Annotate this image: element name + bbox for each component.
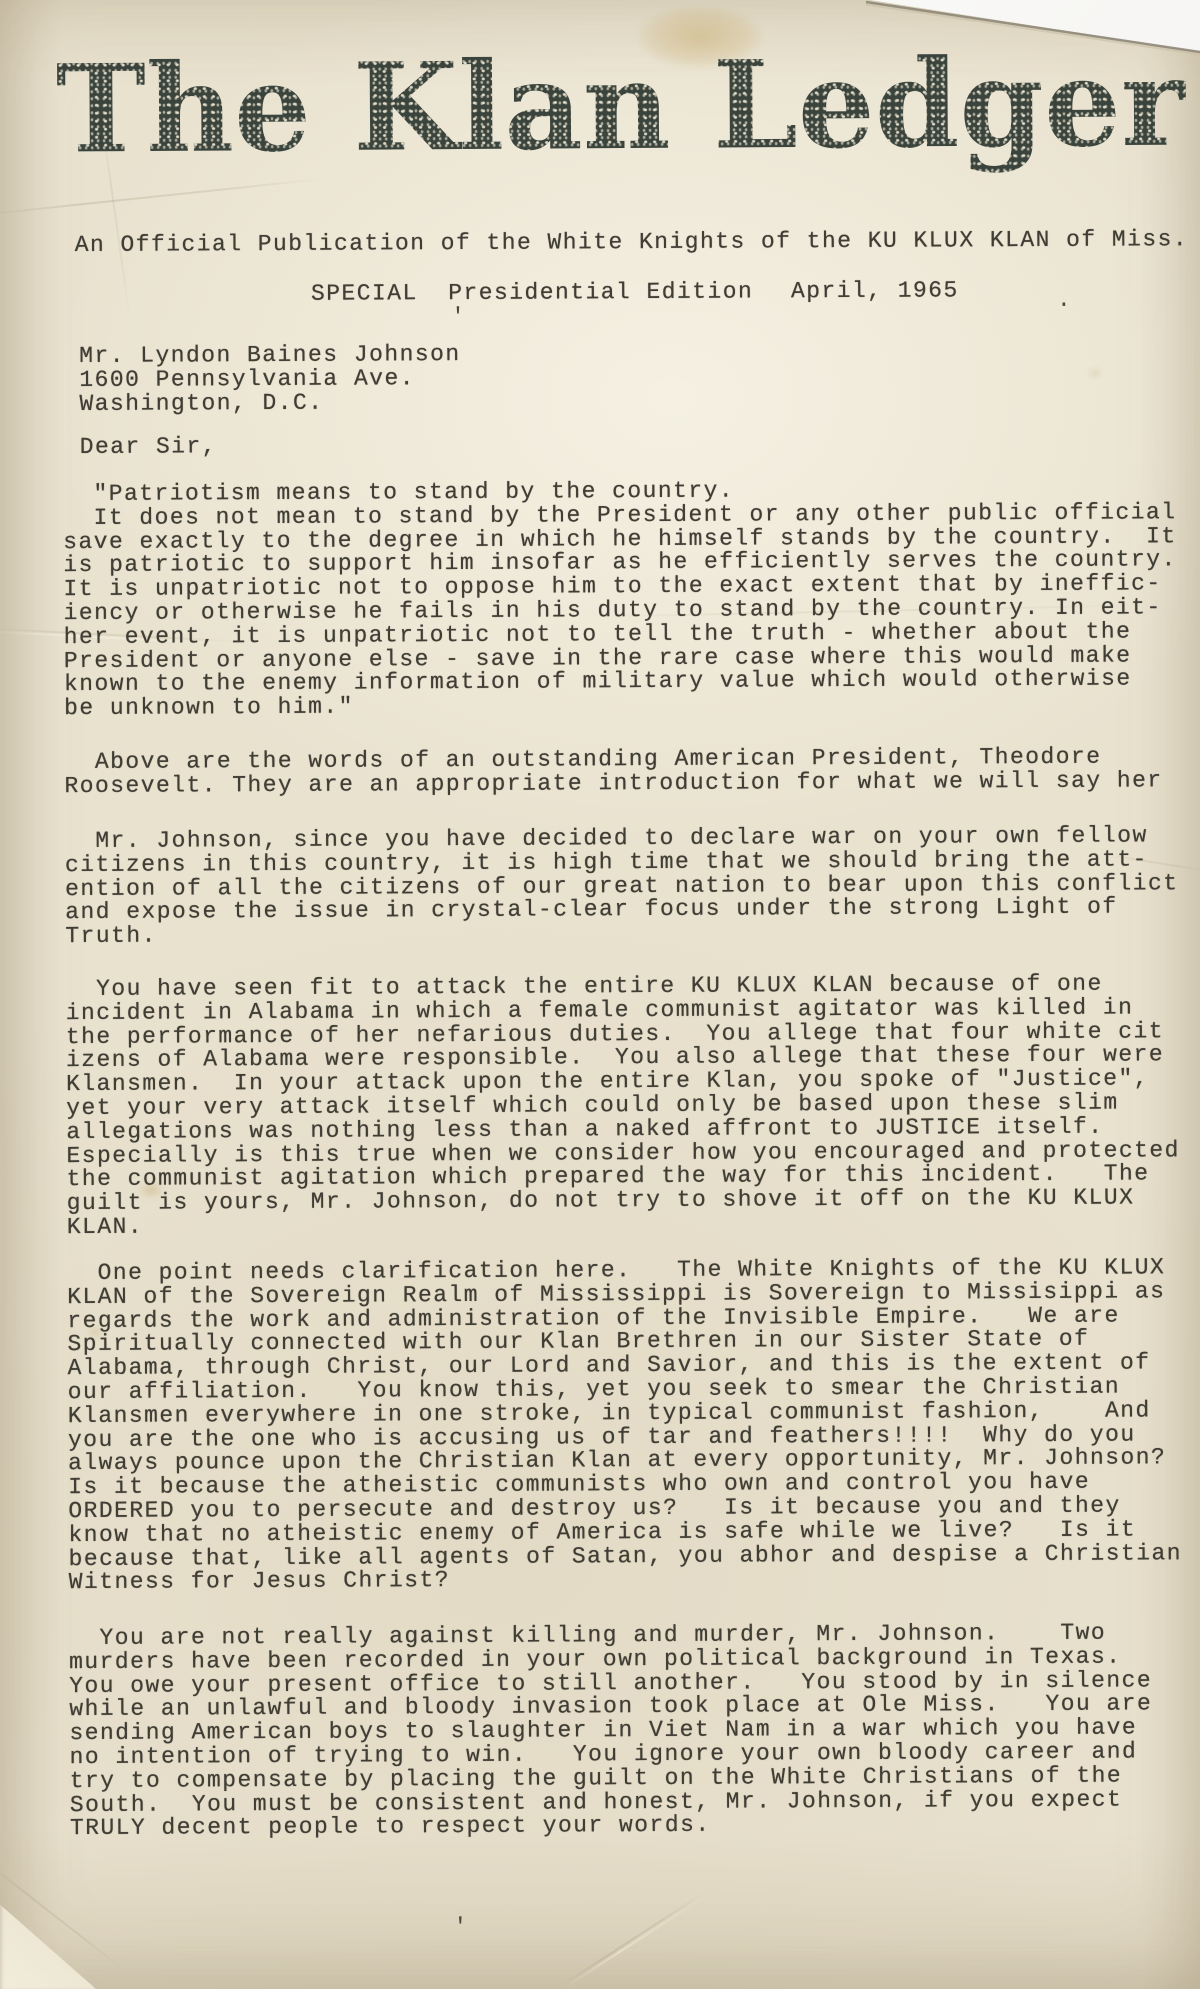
klan-ledger-scan: The Klan Ledger An Official Publication … bbox=[0, 0, 1200, 1989]
publication-subtitle: An Official Publication of the White Kni… bbox=[75, 228, 1189, 258]
address-line: 1600 Pennsylvania Ave. bbox=[79, 367, 460, 393]
stray-mark: ' bbox=[453, 1914, 467, 1940]
edition-date: April, 1965 bbox=[791, 279, 959, 304]
body-paragraph-quote: "Patriotism means to stand by the countr… bbox=[63, 477, 1178, 721]
address-line: Washington, D.C. bbox=[79, 391, 460, 417]
body-line: Witness for Jesus Christ? bbox=[69, 1566, 1183, 1596]
body-line: TRULY decent people to respect your word… bbox=[70, 1812, 1153, 1841]
paper-sheet: The Klan Ledger An Official Publication … bbox=[0, 0, 1200, 1989]
typewritten-content: An Official Publication of the White Kni… bbox=[0, 0, 1200, 1989]
body-paragraph: One point needs clarification here. The … bbox=[67, 1256, 1182, 1595]
body-paragraph: You have seen fit to attack the entire K… bbox=[66, 972, 1181, 1240]
body-line: be unknown to him." bbox=[64, 691, 1178, 721]
stray-mark: . bbox=[1057, 287, 1071, 313]
recipient-address: Mr. Lyndon Baines Johnson1600 Pennsylvan… bbox=[79, 343, 461, 416]
edition-label: SPECIAL Presidential Edition bbox=[311, 280, 753, 306]
stray-mark: ' bbox=[451, 304, 465, 330]
body-paragraph: You are not really against killing and m… bbox=[69, 1621, 1153, 1841]
body-line: Roosevelt. They are an appropriate intro… bbox=[64, 769, 1162, 799]
salutation: Dear Sir, bbox=[80, 435, 217, 460]
body-paragraph: Above are the words of an outstanding Am… bbox=[64, 745, 1162, 798]
body-paragraph: Mr. Johnson, since you have decided to d… bbox=[65, 824, 1179, 949]
